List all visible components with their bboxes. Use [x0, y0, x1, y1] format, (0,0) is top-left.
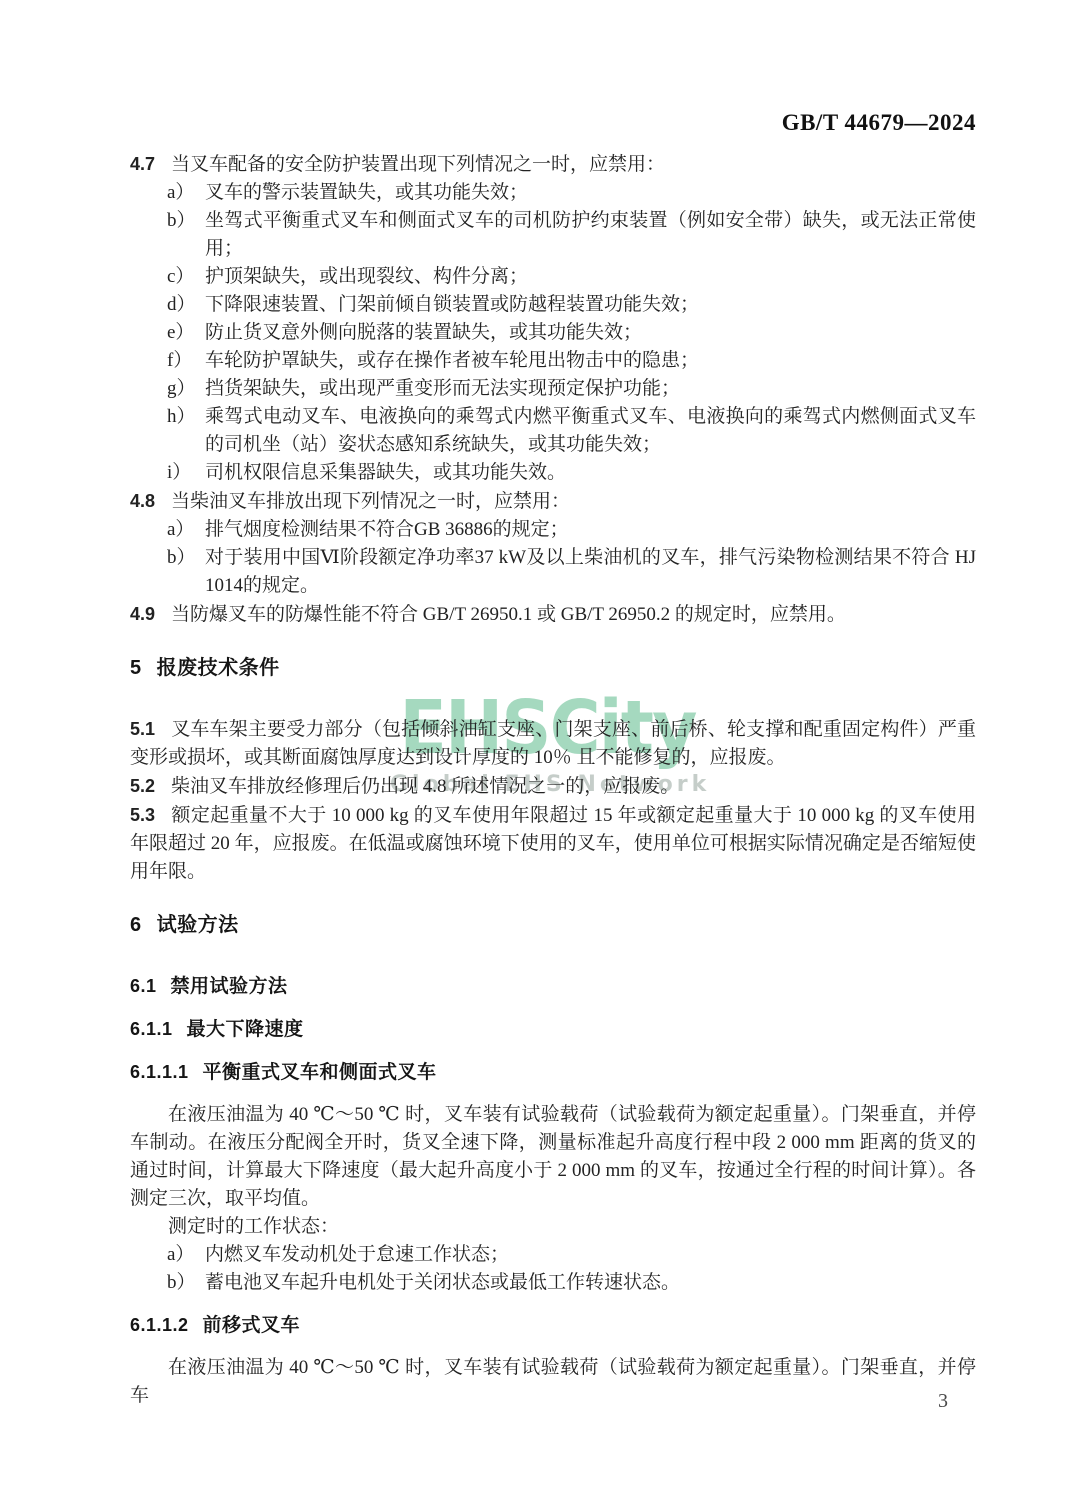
paragraph: 测定时的工作状态： [130, 1213, 976, 1241]
clause: 5.3额定起重量不大于 10 000 kg 的叉车使用年限超过 15 年或额定起… [130, 801, 976, 886]
list-item-text: 排气烟度检测结果不符合GB 36886的规定； [205, 519, 569, 540]
clause-number: 5.3 [130, 805, 155, 825]
list-item-marker: a） [167, 179, 194, 207]
paragraph-text: 在液压油温为 40 ℃～50 ℃ 时，叉车装有试验载荷（试验载荷为额定起重量）。… [130, 1104, 976, 1209]
list-item: b）蓄电池叉车起升电机处于关闭状态或最低工作转速状态。 [130, 1269, 976, 1297]
subsection-number: 6.1.1.2 [130, 1315, 189, 1335]
clause-number: 4.9 [130, 604, 155, 624]
list-item-text: 下降限速装置、门架前倾自锁装置或防越程装置功能失效； [205, 294, 699, 315]
clause-number: 5.2 [130, 776, 155, 796]
list-item: a）排气烟度检测结果不符合GB 36886的规定； [130, 516, 976, 544]
list-item-text: 蓄电池叉车起升电机处于关闭状态或最低工作转速状态。 [205, 1272, 680, 1293]
list-item-text: 对于装用中国Ⅵ阶段额定净功率37 kW及以上柴油机的叉车，排气污染物检测结果不符… [205, 547, 976, 596]
clause-text: 叉车车架主要受力部分（包括倾斜油缸支座、门架支座、前后桥、轮支撑和配重固定构件）… [130, 719, 976, 768]
clause-text: 当叉车配备的安全防护装置出现下列情况之一时，应禁用： [171, 154, 665, 175]
section-heading-text: 试验方法 [157, 914, 239, 936]
list-item-text: 司机权限信息采集器缺失，或其功能失效。 [205, 462, 566, 483]
list-item: b）对于装用中国Ⅵ阶段额定净功率37 kW及以上柴油机的叉车，排气污染物检测结果… [130, 544, 976, 600]
clause-number: 4.7 [130, 154, 155, 174]
standard-number: GB/T 44679—2024 [782, 110, 976, 136]
list-item: a）内燃叉车发动机处于怠速工作状态； [130, 1241, 976, 1269]
list-item: e）防止货叉意外侧向脱落的装置缺失，或其功能失效； [130, 319, 976, 347]
clause-number: 5.1 [130, 719, 155, 739]
clause: 4.7当叉车配备的安全防护装置出现下列情况之一时，应禁用： [130, 150, 976, 179]
subsection-heading: 6.1.1.1平衡重式叉车和侧面式叉车 [130, 1058, 976, 1087]
list-item-text: 车轮防护罩缺失，或存在操作者被车轮甩出物击中的隐患； [205, 350, 699, 371]
paragraph: 在液压油温为 40 ℃～50 ℃ 时，叉车装有试验载荷（试验载荷为额定起重量）。… [130, 1101, 976, 1213]
subsection-heading-text: 禁用试验方法 [171, 976, 288, 997]
list-item: g）挡货架缺失，或出现严重变形而无法实现预定保护功能； [130, 375, 976, 403]
list-item-text: 坐驾式平衡重式叉车和侧面式叉车的司机防护约束装置（例如安全带）缺失，或无法正常使… [205, 210, 976, 259]
clause-text: 额定起重量不大于 10 000 kg 的叉车使用年限超过 15 年或额定起重量大… [130, 805, 976, 882]
list-item-marker: d） [167, 291, 196, 319]
clause: 4.9当防爆叉车的防爆性能不符合 GB/T 26950.1 或 GB/T 269… [130, 600, 976, 629]
list-item: b）坐驾式平衡重式叉车和侧面式叉车的司机防护约束装置（例如安全带）缺失，或无法正… [130, 207, 976, 263]
list-item-marker: g） [167, 375, 196, 403]
subsection-heading: 6.1禁用试验方法 [130, 972, 976, 1001]
clause-text: 当防爆叉车的防爆性能不符合 GB/T 26950.1 或 GB/T 26950.… [171, 604, 846, 625]
list-item-marker: a） [167, 1241, 194, 1269]
clause-text: 柴油叉车排放经修理后仍出现 4.8 所述情况之一的，应报废。 [171, 776, 679, 797]
subsection-number: 6.1.1 [130, 1019, 173, 1039]
list-item: c）护顶架缺失，或出现裂纹、构件分离； [130, 263, 976, 291]
list-item: i）司机权限信息采集器缺失，或其功能失效。 [130, 459, 976, 487]
clause-text: 当柴油叉车排放出现下列情况之一时，应禁用： [171, 491, 570, 512]
subsection-number: 6.1.1.1 [130, 1062, 189, 1082]
clause: 4.8当柴油叉车排放出现下列情况之一时，应禁用： [130, 487, 976, 516]
section-heading-text: 报废技术条件 [157, 657, 280, 679]
subsection-heading: 6.1.1.2前移式叉车 [130, 1311, 976, 1340]
list-item: f）车轮防护罩缺失，或存在操作者被车轮甩出物击中的隐患； [130, 347, 976, 375]
list-item-marker: f） [167, 347, 192, 375]
list-item-text: 内燃叉车发动机处于怠速工作状态； [205, 1244, 509, 1265]
subsection-number: 6.1 [130, 976, 157, 996]
list-item-marker: i） [167, 459, 191, 487]
list-item-text: 护顶架缺失，或出现裂纹、构件分离； [205, 266, 528, 287]
section-heading: 5报废技术条件 [130, 654, 976, 682]
list-item-marker: h） [167, 403, 196, 431]
list-item-marker: c） [167, 263, 194, 291]
list-item-marker: a） [167, 516, 194, 544]
list-item: a）叉车的警示装置缺失，或其功能失效； [130, 179, 976, 207]
list-item-marker: b） [167, 544, 196, 572]
list-item-text: 挡货架缺失，或出现严重变形而无法实现预定保护功能； [205, 378, 680, 399]
paragraph: 在液压油温为 40 ℃～50 ℃ 时，叉车装有试验载荷（试验载荷为额定起重量）。… [130, 1354, 976, 1410]
document-body: 4.7当叉车配备的安全防护装置出现下列情况之一时，应禁用：a）叉车的警示装置缺失… [130, 150, 976, 1410]
list-item-marker: e） [167, 319, 194, 347]
subsection-heading-text: 前移式叉车 [203, 1315, 301, 1336]
section-number: 5 [130, 657, 142, 679]
list-item-text: 乘驾式电动叉车、电液换向的乘驾式内燃平衡重式叉车、电液换向的乘驾式内燃侧面式叉车… [205, 406, 976, 455]
list-item-marker: b） [167, 1269, 196, 1297]
clause: 5.2柴油叉车排放经修理后仍出现 4.8 所述情况之一的，应报废。 [130, 772, 976, 801]
subsection-heading-text: 最大下降速度 [187, 1019, 304, 1040]
subsection-heading: 6.1.1最大下降速度 [130, 1015, 976, 1044]
list-item: h）乘驾式电动叉车、电液换向的乘驾式内燃平衡重式叉车、电液换向的乘驾式内燃侧面式… [130, 403, 976, 459]
clause-number: 4.8 [130, 491, 155, 511]
section-heading: 6试验方法 [130, 911, 976, 939]
document-page: GB/T 44679—2024 EHSCity Global EHS Netwo… [0, 0, 1080, 1512]
clause: 5.1叉车车架主要受力部分（包括倾斜油缸支座、门架支座、前后桥、轮支撑和配重固定… [130, 715, 976, 772]
page-number: 3 [938, 1390, 948, 1413]
list-item: d）下降限速装置、门架前倾自锁装置或防越程装置功能失效； [130, 291, 976, 319]
list-item-marker: b） [167, 207, 196, 235]
paragraph-text: 在液压油温为 40 ℃～50 ℃ 时，叉车装有试验载荷（试验载荷为额定起重量）。… [130, 1357, 976, 1406]
section-number: 6 [130, 914, 142, 936]
subsection-heading-text: 平衡重式叉车和侧面式叉车 [203, 1062, 437, 1083]
list-item-text: 叉车的警示装置缺失，或其功能失效； [205, 182, 528, 203]
paragraph-text: 测定时的工作状态： [168, 1216, 339, 1237]
list-item-text: 防止货叉意外侧向脱落的装置缺失，或其功能失效； [205, 322, 642, 343]
